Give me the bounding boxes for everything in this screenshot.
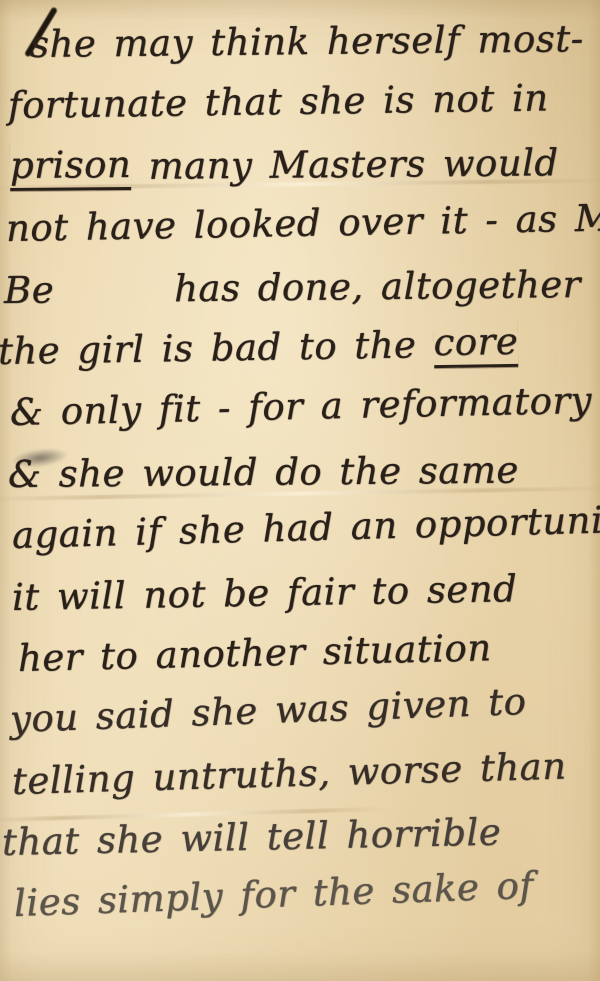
text-segment: not have looked over it - as Mr xyxy=(6,196,600,250)
text-segment: again if she had an opportunity xyxy=(11,498,600,557)
text-segment: & only fit - for a reformatory xyxy=(10,379,593,434)
text-segment: you said she was given to xyxy=(9,680,527,741)
text-segment: telling untruths, worse than xyxy=(11,744,567,802)
text-segment: that she will tell horrible xyxy=(2,811,502,864)
text-segment: the girl is bad to the xyxy=(0,323,434,373)
letter-body: she may think herself most-fortunate tha… xyxy=(0,14,600,935)
text-segment: fortunate that she is not in xyxy=(8,77,549,128)
text-segment: she may think herself most- xyxy=(30,17,584,66)
text-segment: it will not be fair to send xyxy=(12,567,518,619)
handwritten-line: she may think herself most- xyxy=(30,8,600,75)
text-segment: her to another situation xyxy=(18,626,493,680)
underlined-word: core xyxy=(433,320,518,368)
handwritten-line: fortunate that she is not in xyxy=(8,67,600,137)
redacted-name-gap xyxy=(54,288,174,290)
text-segment: lies simply for the sake of xyxy=(13,865,534,926)
text-segment: Be xyxy=(4,268,55,312)
handwritten-line: Behas done, altogether xyxy=(4,253,600,321)
text-segment: many Masters would xyxy=(131,141,559,188)
handwritten-line: not have looked over it - as Mr xyxy=(5,188,600,260)
handwritten-line: & only fit - for a reformatory xyxy=(9,370,600,444)
underlined-word: prison xyxy=(10,143,132,191)
text-segment: & she would do the same xyxy=(8,448,519,495)
letter-page: she may think herself most-fortunate tha… xyxy=(0,0,600,981)
text-segment: has done, altogether xyxy=(174,263,581,310)
